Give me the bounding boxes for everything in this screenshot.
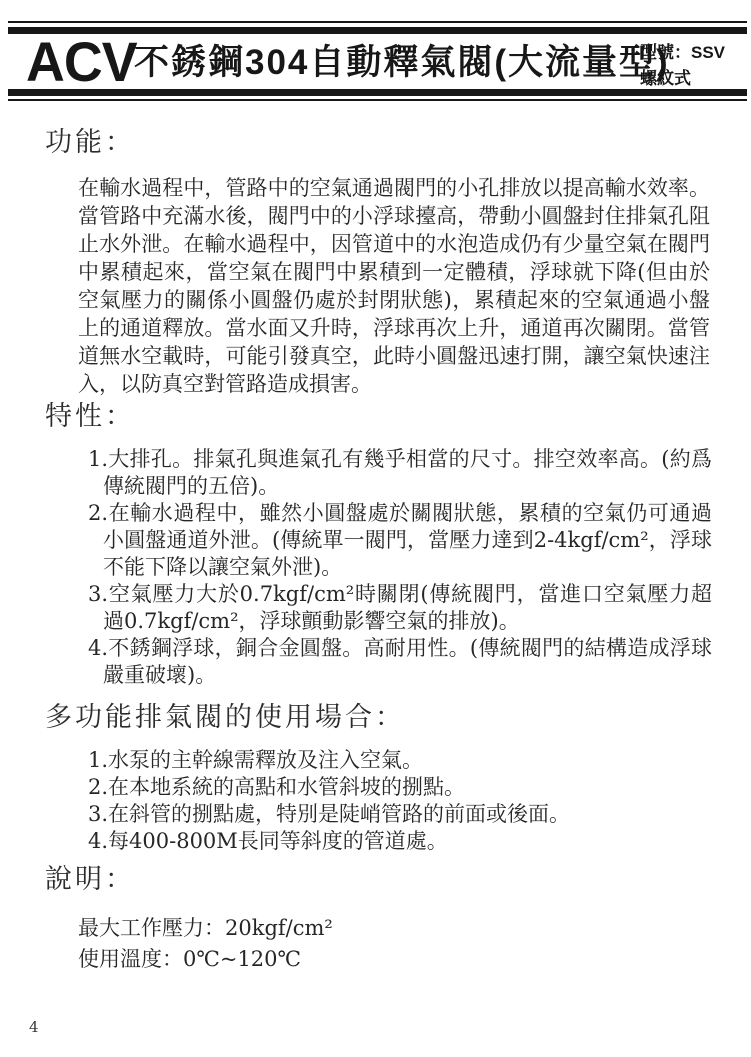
feature-item: 4.不銹鋼浮球，銅合金圓盤。高耐用性。(傳統閥門的結構造成浮球嚴重破壞)。 <box>88 635 712 689</box>
acv-logo: ACV <box>26 36 137 88</box>
section-features: 特性： 1.大排孔。排氣孔與進氣孔有幾乎相當的尺寸。排空效率高。(約爲傳統閥門的… <box>45 400 717 689</box>
use-cases-heading: 多功能排氣閥的使用場合： <box>45 701 717 735</box>
max-working-pressure: 最大工作壓力：20kgf/cm² <box>78 913 717 944</box>
use-case-item: 3.在斜管的捌點處，特別是陡峭管路的前面或後面。 <box>88 801 712 828</box>
model-number-label: 型號：SSV <box>640 40 725 66</box>
header-rule-top-thin <box>8 21 747 23</box>
feature-item: 3.空氣壓力大於0.7kgf/cm²時關閉(傳統閥門，當進口空氣壓力超過0.7k… <box>88 581 712 635</box>
section-use-cases: 多功能排氣閥的使用場合： 1.水泵的主幹線需釋放及注入空氣。 2.在本地系統的高… <box>45 701 717 855</box>
function-heading: 功能： <box>45 126 717 160</box>
page-title: 不銹鋼304自動釋氣閥(大流量型) <box>134 44 612 82</box>
description-lines: 最大工作壓力：20kgf/cm² 使用溫度：0℃~120℃ <box>78 913 717 975</box>
feature-item: 2.在輸水過程中，雖然小圓盤處於關閥狀態，累積的空氣仍可通過小圓盤通道外泄。(傳… <box>88 500 712 581</box>
page-number: 4 <box>29 1018 39 1036</box>
page-content: 功能： 在輸水過程中，管路中的空氣通過閥門的小孔排放以提高輸水效率。當管路中充滿… <box>45 104 717 975</box>
catalog-page: ACV 不銹鋼304自動釋氣閥(大流量型) 型號：SSV 螺紋式 功能： 在輸水… <box>0 0 751 1057</box>
use-cases-list: 1.水泵的主幹線需釋放及注入空氣。 2.在本地系統的高點和水管斜坡的捌點。 3.… <box>88 747 712 855</box>
operating-temperature: 使用溫度：0℃~120℃ <box>78 944 717 975</box>
description-heading: 說明： <box>45 863 717 897</box>
use-case-item: 4.每400-800M長同等斜度的管道處。 <box>88 828 712 855</box>
section-description: 說明： 最大工作壓力：20kgf/cm² 使用溫度：0℃~120℃ <box>45 863 717 975</box>
use-case-item: 2.在本地系統的高點和水管斜坡的捌點。 <box>88 774 712 801</box>
section-function: 功能： 在輸水過程中，管路中的空氣通過閥門的小孔排放以提高輸水效率。當管路中充滿… <box>45 126 717 398</box>
header-rule-bottom-thin <box>8 99 747 101</box>
function-paragraph: 在輸水過程中，管路中的空氣通過閥門的小孔排放以提高輸水效率。當管路中充滿水後，閥… <box>78 174 710 398</box>
page-header: ACV 不銹鋼304自動釋氣閥(大流量型) 型號：SSV 螺紋式 <box>0 0 751 104</box>
use-case-item: 1.水泵的主幹線需釋放及注入空氣。 <box>88 747 712 774</box>
header-rule-bottom-thick <box>8 89 747 96</box>
features-list: 1.大排孔。排氣孔與進氣孔有幾乎相當的尺寸。排空效率高。(約爲傳統閥門的五倍)。… <box>88 446 712 689</box>
feature-item: 1.大排孔。排氣孔與進氣孔有幾乎相當的尺寸。排空效率高。(約爲傳統閥門的五倍)。 <box>88 446 712 500</box>
model-info: 型號：SSV 螺紋式 <box>640 40 725 92</box>
features-heading: 特性： <box>45 400 717 434</box>
